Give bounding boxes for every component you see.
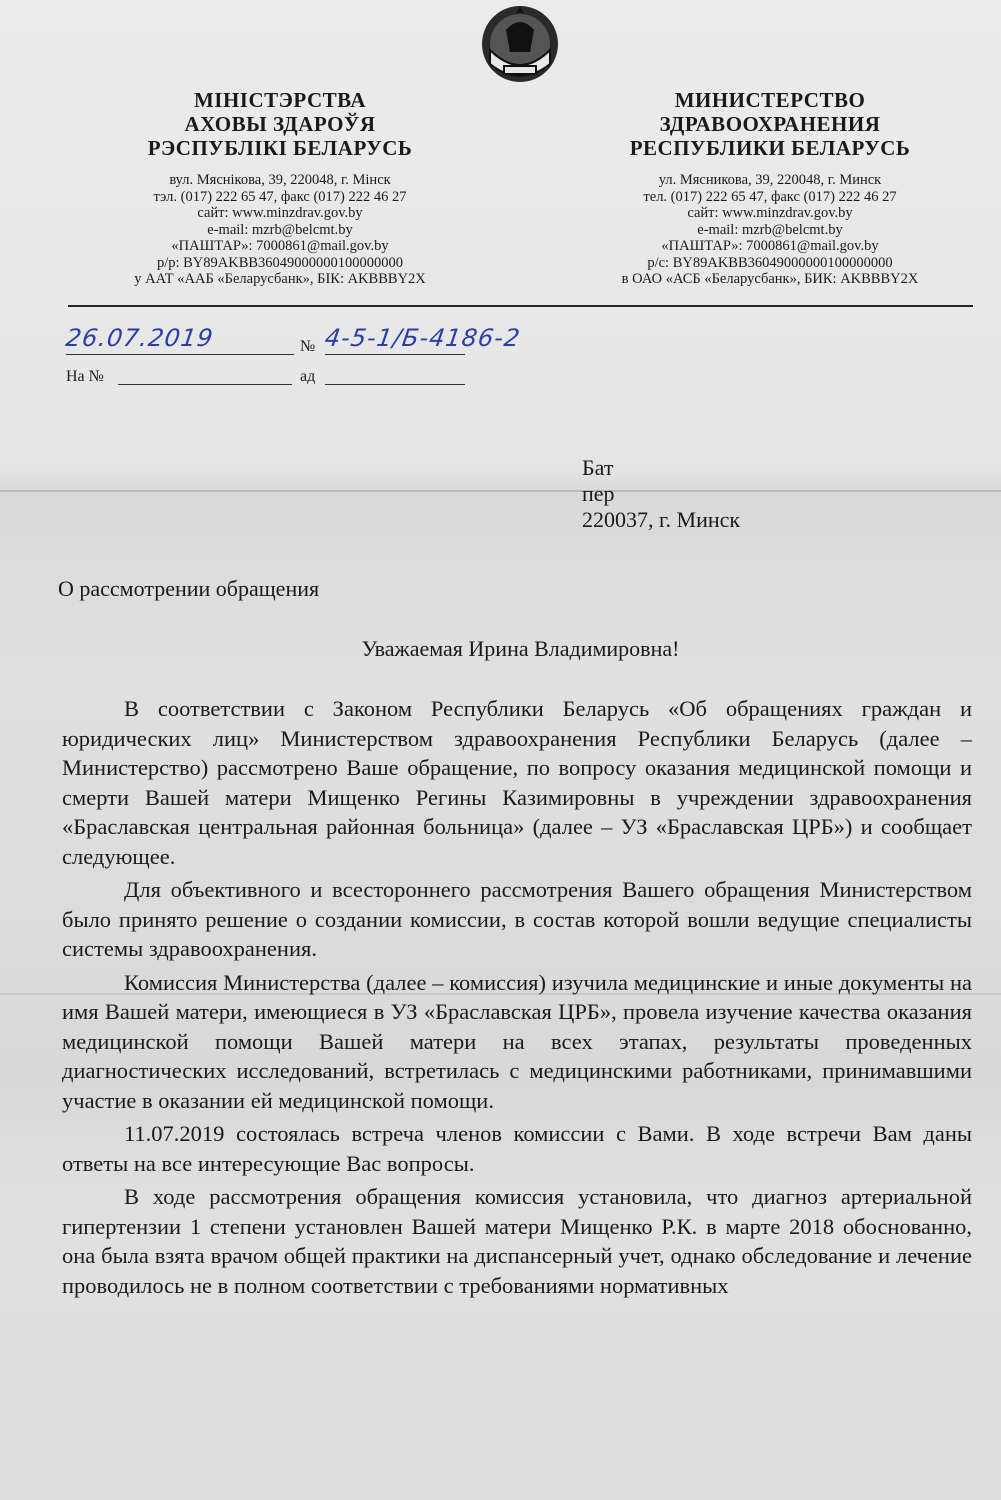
number-underline [325,354,465,355]
recipient-address: Бат пер 220037, г. Минск [582,455,740,533]
letter-subject: О рассмотрении обращения [58,576,319,602]
reply-to-underline [118,384,292,385]
greeting: Уважаемая Ирина Владимировна! [0,636,1001,662]
paragraph: Комиссия Министерства (далее – комиссия)… [62,968,972,1116]
reply-to-label: На № [66,368,104,386]
handwritten-date: 26.07.2019 [64,324,215,352]
letterhead-russian: МИНИСТЕРСТВО ЗДРАВООХРАНЕНИЯ РЕСПУБЛИКИ … [560,88,980,288]
letter-body: В соответствии с Законом Республики Бела… [62,694,972,1304]
letterhead-belarusian: МІНІСТЭРСТВА АХОВЫ ЗДАРОЎЯ РЭСПУБЛІКІ БЕ… [60,88,500,288]
ministry-name-be: МІНІСТЭРСТВА АХОВЫ ЗДАРОЎЯ РЭСПУБЛІКІ БЕ… [60,88,500,160]
letter-page: МІНІСТЭРСТВА АХОВЫ ЗДАРОЎЯ РЭСПУБЛІКІ БЕ… [0,0,1001,1500]
paragraph: 11.07.2019 состоялась встреча членов ком… [62,1119,972,1178]
handwritten-reg-number: 4-5-1/Б-4186-2 [323,324,522,352]
contacts-be: вул. Мяснікова, 39, 220048, г. Мінск тэл… [60,172,500,288]
number-label: № [300,338,315,356]
paragraph: В ходе рассмотрения обращения комиссия у… [62,1182,972,1300]
date-underline [66,354,294,355]
letterhead-divider [68,305,973,307]
belarus-coat-of-arms-icon [470,0,570,86]
ministry-name-ru: МИНИСТЕРСТВО ЗДРАВООХРАНЕНИЯ РЕСПУБЛИКИ … [560,88,980,160]
from-label: ад [300,368,315,386]
from-underline [325,384,465,385]
paragraph: В соответствии с Законом Республики Бела… [62,694,972,871]
paragraph: Для объективного и всестороннего рассмот… [62,875,972,964]
contacts-ru: ул. Мясникова, 39, 220048, г. Минск тел.… [560,172,980,288]
paper-fold-line [0,490,1001,492]
